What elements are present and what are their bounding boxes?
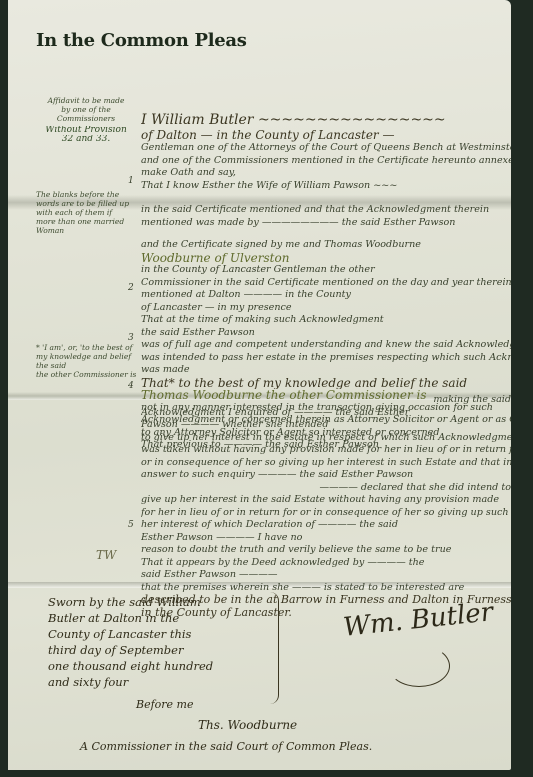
paragraph-number: 4 <box>128 381 134 391</box>
body-line: to give up her interest in the estate in… <box>141 432 511 445</box>
jurat-line: third day of September <box>48 642 278 658</box>
body-line: of Dalton — in the County of Lancaster — <box>141 128 511 142</box>
document-page: In the Common Pleas Affidavit to be made… <box>8 0 511 770</box>
margin-line: Without Provision <box>36 126 136 135</box>
margin-line: more than one married <box>36 217 136 226</box>
margin-line: the other Commissioner is' <box>36 370 136 379</box>
paragraph-number: 5 <box>128 520 134 530</box>
paragraph-number: 3 <box>128 333 134 343</box>
jurat-line: one thousand eight hundred <box>48 658 278 674</box>
margin-line: Commissioners <box>36 114 136 123</box>
body-line: That it appears by the Deed acknowledged… <box>141 557 511 570</box>
body-line: make Oath and say, <box>141 167 511 180</box>
body-line: Acknowledgment I enquired of ———— the sa… <box>141 407 511 420</box>
affidavit-body-part-2: making the said Acknowledgment I enquire… <box>141 394 511 619</box>
body-line: mentioned at Dalton ———— in the County <box>141 289 511 302</box>
margin-line: The blanks before the <box>36 190 136 199</box>
body-line: in the said Certificate mentioned and th… <box>141 204 511 217</box>
margin-line: Woman <box>36 226 136 235</box>
body-line: Pawson ———— whether she intended <box>141 419 511 432</box>
body-line: and one of the Commissioners mentioned i… <box>141 155 511 168</box>
body-line: or in consequence of her so giving up he… <box>141 457 511 470</box>
body-line: was made <box>141 364 511 377</box>
margin-note-title: Affidavit to be made by one of the Commi… <box>36 96 136 144</box>
body-line: making the said <box>141 394 511 407</box>
margin-line: words are to be filled up <box>36 199 136 208</box>
jurat-line: Sworn by the said William <box>48 594 278 610</box>
body-line: and the Certificate signed by me and Tho… <box>141 239 511 252</box>
jurat-line: County of Lancaster this <box>48 626 278 642</box>
body-line: Commissioner in the said Certificate men… <box>141 277 511 290</box>
jurat-block: Sworn by the said William Butler at Dalt… <box>48 594 278 690</box>
body-line: her interest of which Declaration of ———… <box>141 519 511 532</box>
margin-note-footnote: * 'I am', or, 'to the best of my knowled… <box>36 343 136 379</box>
paragraph-number: 1 <box>128 176 134 186</box>
commissioner-title: A Commissioner in the said Court of Comm… <box>80 740 372 753</box>
margin-line: * 'I am', or, 'to the best of <box>36 343 136 352</box>
signature-flourish <box>388 645 450 687</box>
body-line: in the County of Lancaster Gentleman the… <box>141 264 511 277</box>
paragraph-number: 2 <box>128 283 134 293</box>
brace-decoration <box>270 592 279 704</box>
body-line: said Esther Pawson ———— <box>141 569 511 582</box>
body-line: ———— declared that she did intend to <box>141 482 511 495</box>
jurat-line: and sixty four <box>48 674 278 690</box>
body-line: That* to the best of my knowledge and be… <box>141 377 511 390</box>
body-line: That I know Esther the Wife of William P… <box>141 180 511 193</box>
body-line: answer to such enquiry ———— the said Est… <box>141 469 511 482</box>
body-line: Gentleman one of the Attorneys of the Co… <box>141 142 511 155</box>
body-line: mentioned was made by ———————— the said … <box>141 217 511 230</box>
before-me-label: Before me <box>136 698 194 711</box>
body-line: give up her interest in the said Estate … <box>141 494 511 507</box>
margin-initials: TW <box>96 548 116 562</box>
margin-line: my knowledge and belief <box>36 352 136 361</box>
jurat-line: Butler at Dalton in the <box>48 610 278 626</box>
body-line: was taken without having any provision m… <box>141 444 511 457</box>
body-line: I William Butler ~~~~~~~~~~~~~~~~ <box>141 112 511 128</box>
margin-line: Affidavit to be made <box>36 96 136 105</box>
margin-line: by one of the <box>36 105 136 114</box>
body-line: the said Esther Pawson <box>141 327 511 340</box>
body-line: of Lancaster — in my presence <box>141 302 511 315</box>
body-line: That at the time of making such Acknowle… <box>141 314 511 327</box>
body-line: Esther Pawson ———— I have no <box>141 532 511 545</box>
body-line: was intended to pass her estate in the p… <box>141 352 511 365</box>
margin-line: 32 and 33. <box>36 135 136 144</box>
body-line: for her in lieu of or in return for or i… <box>141 507 511 520</box>
body-line: was of full age and competent understand… <box>141 339 511 352</box>
commissioner-signature: Ths. Woodburne <box>198 718 297 732</box>
document-heading: In the Common Pleas <box>36 30 247 51</box>
margin-line: the said <box>36 361 136 370</box>
margin-line: with each of them if <box>36 208 136 217</box>
body-line: that the premises wherein she ——— is sta… <box>141 582 511 595</box>
body-line: Woodburne of Ulverston <box>141 252 511 265</box>
body-line: reason to doubt the truth and verily bel… <box>141 544 511 557</box>
margin-note-blanks: The blanks before the words are to be fi… <box>36 190 136 235</box>
